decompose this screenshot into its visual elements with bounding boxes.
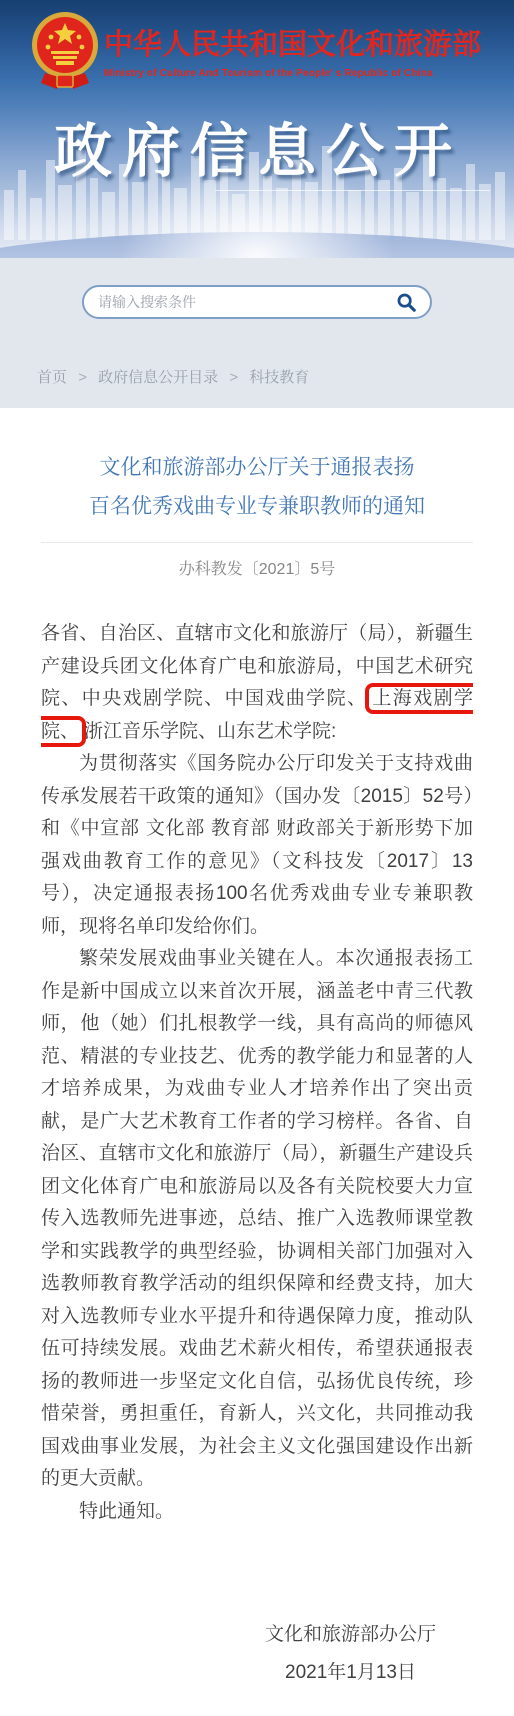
search-box[interactable]: [82, 285, 432, 319]
article-body: 各省、自治区、直辖市文化和旅游厅（局），新疆生产建设兵团文化体育广电和旅游局，中…: [41, 618, 473, 1528]
paragraph-basis: 为贯彻落实《国务院办公厅印发关于支持戏曲传承发展若干政策的通知》（国办发〔201…: [41, 748, 473, 943]
decorative-line: [215, 190, 490, 191]
page-banner-title: 政府信息公开: [54, 104, 462, 188]
search-breadcrumb-band: 首页 > 政府信息公开目录 > 科技教育: [0, 258, 514, 408]
breadcrumb: 首页 > 政府信息公开目录 > 科技教育: [37, 366, 514, 387]
search-input[interactable]: [98, 294, 395, 310]
article-title-line2: 百名优秀戏曲专业专兼职教师的通知: [41, 487, 473, 526]
article-content: 文化和旅游部办公厅关于通报表扬 百名优秀戏曲专业专兼职教师的通知 办科教发〔20…: [0, 408, 514, 1716]
breadcrumb-category-link[interactable]: 科技教育: [249, 369, 309, 386]
breadcrumb-home-link[interactable]: 首页: [37, 369, 67, 386]
title-divider: [41, 542, 473, 543]
breadcrumb-separator: >: [229, 369, 238, 386]
paragraph-recipients: 各省、自治区、直辖市文化和旅游厅（局），新疆生产建设兵团文化体育广电和旅游局，中…: [41, 618, 473, 748]
paragraph1-after: 浙江音乐学院、山东艺术学院:: [84, 721, 336, 742]
site-header: 中华人民共和国文化和旅游部 Ministry of Culture And To…: [0, 0, 514, 258]
signature-area: 文化和旅游部办公厅 2021年1月13日: [41, 1616, 473, 1692]
ministry-name-block: 中华人民共和国文化和旅游部 Ministry of Culture And To…: [104, 22, 499, 79]
article-title: 文化和旅游部办公厅关于通报表扬 百名优秀戏曲专业专兼职教师的通知: [41, 448, 473, 526]
document-number: 办科教发〔2021〕5号: [41, 556, 473, 579]
paragraph-main: 繁荣发展戏曲事业关键在人。本次通报表扬工作是新中国成立以来首次开展，涵盖老中青三…: [41, 943, 473, 1496]
paragraph-closing: 特此通知。: [41, 1496, 473, 1529]
article-title-line1: 文化和旅游部办公厅关于通报表扬: [41, 448, 473, 487]
ministry-name-en: Ministry of Culture And Tourism of the P…: [104, 68, 499, 79]
breadcrumb-separator: >: [78, 369, 87, 386]
national-emblem-icon: [29, 7, 101, 91]
search-icon[interactable]: [395, 291, 417, 313]
signature-org: 文化和旅游部办公厅: [265, 1616, 436, 1654]
ministry-name-cn: 中华人民共和国文化和旅游部: [104, 22, 499, 63]
breadcrumb-directory-link[interactable]: 政府信息公开目录: [98, 369, 218, 386]
signature-date: 2021年1月13日: [265, 1654, 436, 1692]
